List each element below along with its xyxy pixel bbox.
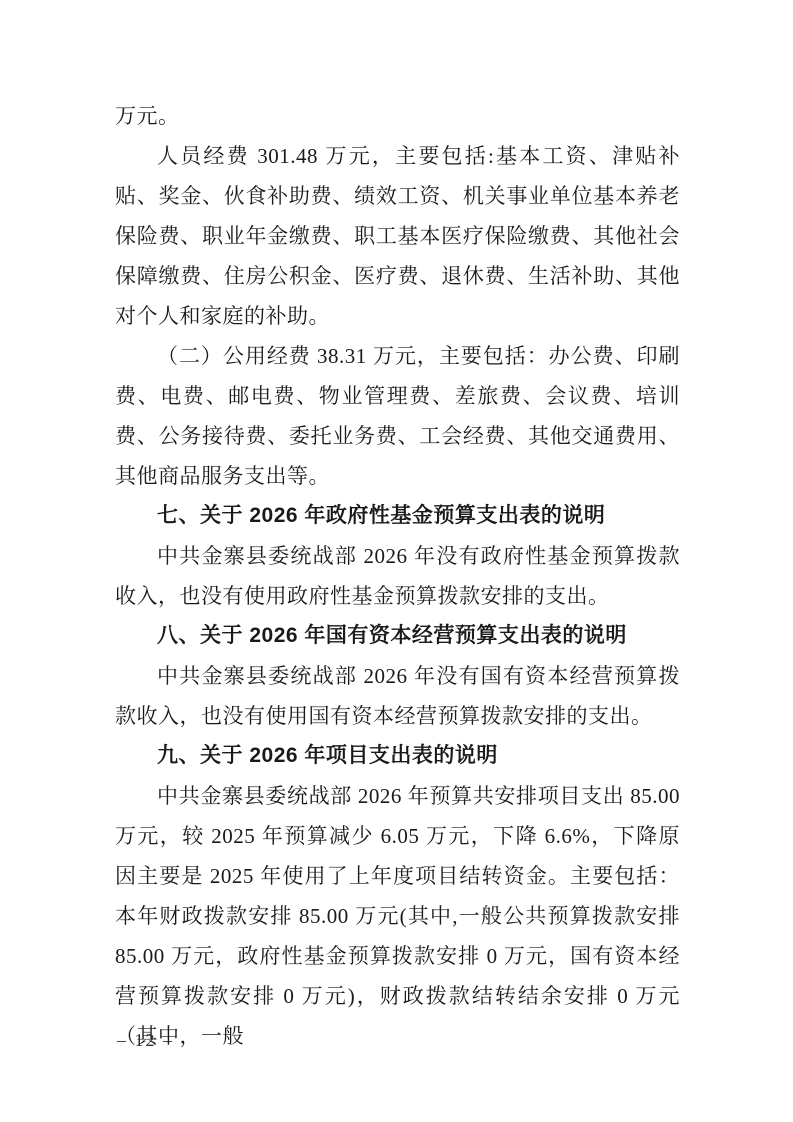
document-page: 万元。 人员经费 301.48 万元，主要包括:基本工资、津贴补贴、奖金、伙食补…	[0, 0, 793, 1122]
paragraph-public-expense: （二）公用经费 38.31 万元，主要包括：办公费、印刷费、电费、邮电费、物业管…	[115, 336, 680, 496]
paragraph-gov-fund-budget: 中共金寨县委统战部 2026 年没有政府性基金预算拨款收入，也没有使用政府性基金…	[115, 536, 680, 616]
heading-section-seven-gov-fund-budget: 七、关于 2026 年政府性基金预算支出表的说明	[115, 496, 680, 536]
paragraph-state-capital-budget: 中共金寨县委统战部 2026 年没有国有资本经营预算拨款收入，也没有使用国有资本…	[115, 656, 680, 736]
paragraph-continuation-wanyuan: 万元。	[115, 96, 680, 136]
heading-section-eight-state-capital-budget: 八、关于 2026 年国有资本经营预算支出表的说明	[115, 616, 680, 656]
paragraph-personnel-expense: 人员经费 301.48 万元，主要包括:基本工资、津贴补贴、奖金、伙食补助费、绩…	[115, 136, 680, 336]
page-number: – 12 –	[117, 1030, 174, 1050]
page-footer: – 12 –	[117, 1030, 174, 1051]
document-body: 万元。 人员经费 301.48 万元，主要包括:基本工资、津贴补贴、奖金、伙食补…	[115, 96, 680, 1056]
paragraph-project-expenditure: 中共金寨县委统战部 2026 年预算共安排项目支出 85.00 万元，较 202…	[115, 776, 680, 1056]
heading-section-nine-project-expenditure: 九、关于 2026 年项目支出表的说明	[115, 736, 680, 776]
